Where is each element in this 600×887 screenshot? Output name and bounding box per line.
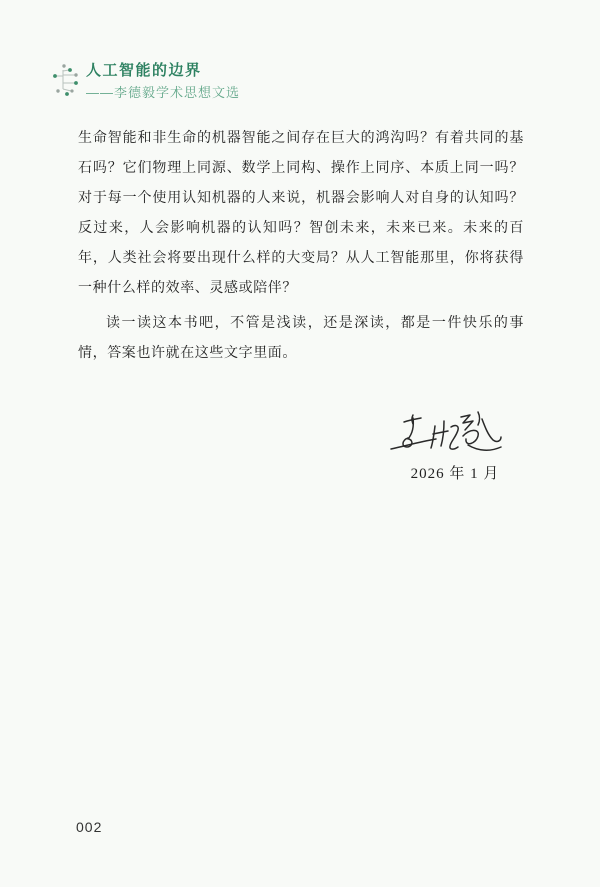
book-series-title: 人工智能的边界 (86, 62, 240, 80)
preface-paragraph-1: 生命智能和非生命的机器智能之间存在巨大的鸿沟吗？有着共同的基 石吗？它们物理上同… (78, 124, 524, 304)
network-nodes-logo-icon (50, 62, 80, 98)
preface-line: 对于每一个使用认知机器的人来说，机器会影响人对自身的认知吗？ (78, 184, 524, 214)
preface-line: 生命智能和非生命的机器智能之间存在巨大的鸿沟吗？有着共同的基 (78, 124, 524, 154)
book-preface-page: 人工智能的边界 ——李德毅学术思想文选 生命智能和非生命的机器智能之间存在巨大的… (0, 0, 600, 887)
page-header: 人工智能的边界 ——李德毅学术思想文选 (50, 62, 240, 101)
header-text: 人工智能的边界 ——李德毅学术思想文选 (86, 62, 240, 101)
preface-line: 年，人类社会将要出现什么样的大变局？从人工智能那里，你将获得 (78, 244, 524, 274)
preface-line: 读一读这本书吧，不管是浅读，还是深读，都是一件快乐的事 (78, 309, 524, 339)
book-series-subtitle: ——李德毅学术思想文选 (86, 84, 240, 101)
preface-line: 一种什么样的效率、灵感或陪伴？ (78, 274, 524, 304)
page-number: 002 (76, 819, 102, 835)
author-handwritten-signature (383, 405, 503, 463)
preface-line: 石吗？它们物理上同源、数学上同构、操作上同序、本质上同一吗？ (78, 154, 524, 184)
preface-line: 反过来，人会影响机器的认知吗？智创未来，未来已来。未来的百 (78, 214, 524, 244)
signature-date: 2026 年 1 月 (385, 462, 525, 483)
preface-paragraph-2: 读一读这本书吧，不管是浅读，还是深读，都是一件快乐的事 情，答案也许就在这些文字… (78, 309, 524, 369)
preface-text-block: 生命智能和非生命的机器智能之间存在巨大的鸿沟吗？有着共同的基 石吗？它们物理上同… (78, 124, 524, 369)
preface-line: 情，答案也许就在这些文字里面。 (78, 339, 524, 369)
